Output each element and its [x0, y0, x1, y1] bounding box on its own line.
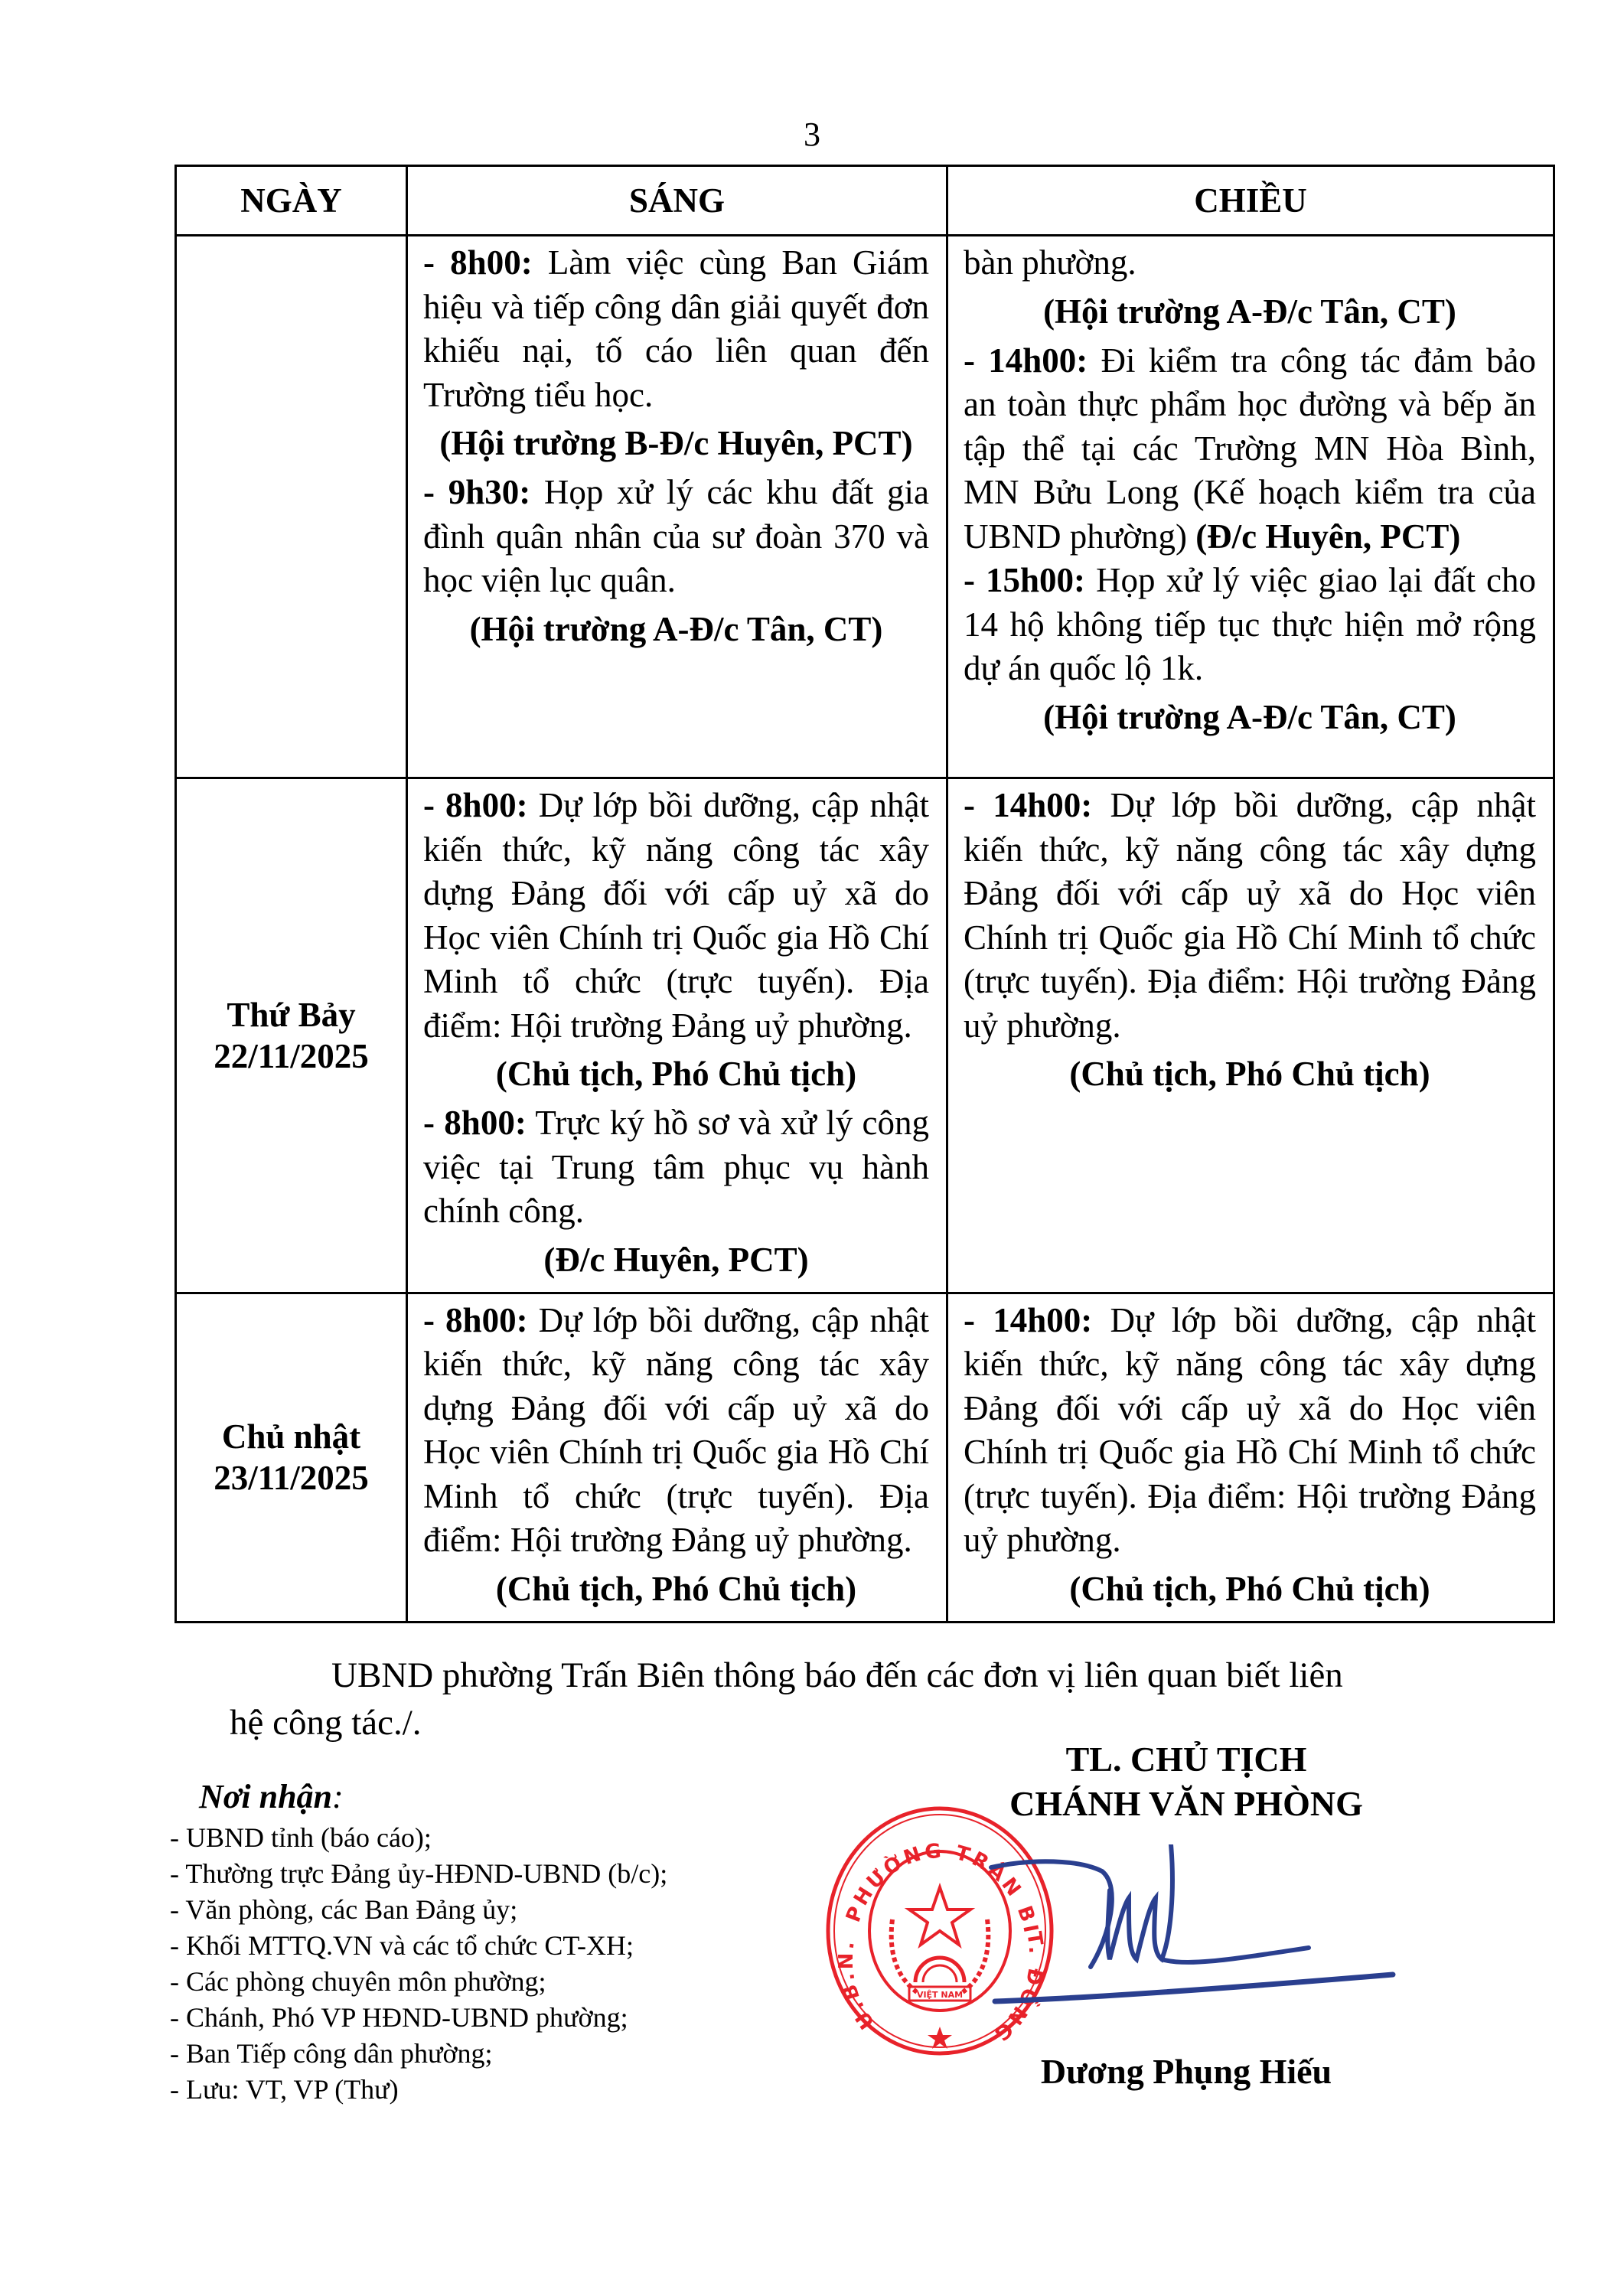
morning-content: - 8h00: Làm việc cùng Ban Giám hiệu và t… [408, 236, 946, 661]
header-morning: SÁNG [407, 166, 947, 236]
entry-assignee: (Đ/c Huyên, PCT) [1195, 517, 1460, 556]
entry-time: - 8h00: [423, 243, 533, 282]
entry-location: (Hội trường A-Đ/c Tân, CT) [423, 606, 929, 652]
entry-location: (Chủ tịch, Phó Chủ tịch) [964, 1051, 1536, 1097]
afternoon-content: - 14h00: Dự lớp bồi dưỡng, cập nhật kiến… [948, 779, 1553, 1106]
afternoon-content: - 14h00: Dự lớp bồi dưỡng, cập nhật kiến… [948, 1294, 1553, 1621]
entry-text: Dự lớp bồi dưỡng, cập nhật kiến thức, kỹ… [964, 1301, 1536, 1560]
recipient-item: - UBND tỉnh (báo cáo); [170, 1820, 667, 1856]
svg-text:VIỆT NAM: VIỆT NAM [917, 1990, 963, 2000]
signature-block: TL. CHỦ TỊCH CHÁNH VĂN PHÒNG Dương Phụng… [918, 1737, 1454, 1826]
schedule-entry: - 8h00: Làm việc cùng Ban Giám hiệu và t… [423, 241, 929, 417]
header-afternoon: CHIỀU [947, 166, 1554, 236]
day-cell: Thứ Bảy22/11/2025 [176, 778, 407, 1293]
entry-time: - 14h00: [964, 786, 1092, 824]
entry-time: - 8h00: [423, 786, 528, 824]
schedule-entry: - 8h00: Trực ký hồ sơ và xử lý công việc… [423, 1101, 929, 1234]
entry-text: Dự lớp bồi dưỡng, cập nhật kiến thức, kỹ… [964, 786, 1536, 1045]
morning-content: - 8h00: Dự lớp bồi dưỡng, cập nhật kiến … [408, 779, 946, 1292]
recipient-item: - Văn phòng, các Ban Đảng ủy; [170, 1892, 667, 1928]
entry-text: Dự lớp bồi dưỡng, cập nhật kiến thức, kỹ… [423, 1301, 929, 1560]
schedule-entry: - 9h30: Họp xử lý các khu đất gia đình q… [423, 471, 929, 603]
recipient-item: - Thường trực Đảng ủy-HĐND-UBND (b/c); [170, 1856, 667, 1892]
schedule-entry: - 8h00: Dự lớp bồi dưỡng, cập nhật kiến … [423, 784, 929, 1048]
entry-text: Dự lớp bồi dưỡng, cập nhật kiến thức, kỹ… [423, 786, 929, 1045]
entry-time: - 14h00: [964, 1301, 1092, 1339]
recipient-item: - Khối MTTQ.VN và các tổ chức CT-XH; [170, 1928, 667, 1964]
table-row: Thứ Bảy22/11/2025- 8h00: Dự lớp bồi dưỡn… [176, 778, 1554, 1293]
handwritten-signature-icon [987, 1844, 1416, 2020]
signature-title-2: CHÁNH VĂN PHÒNG [918, 1782, 1454, 1826]
schedule-entry: bàn phường. [964, 241, 1536, 285]
morning-cell: - 8h00: Dự lớp bồi dưỡng, cập nhật kiến … [407, 1293, 947, 1622]
table-row: Chủ nhật23/11/2025- 8h00: Dự lớp bồi dưỡ… [176, 1293, 1554, 1622]
recipient-item: - Lưu: VT, VP (Thư) [170, 2072, 667, 2108]
signer-name: Dương Phụng Hiếu [918, 2051, 1454, 2092]
table-header-row: NGÀY SÁNG CHIỀU [176, 166, 1554, 236]
table-row: - 8h00: Làm việc cùng Ban Giám hiệu và t… [176, 236, 1554, 778]
entry-time: - 8h00: [423, 1301, 528, 1339]
entry-location: (Chủ tịch, Phó Chủ tịch) [423, 1566, 929, 1612]
schedule-entry: - 14h00: Dự lớp bồi dưỡng, cập nhật kiến… [964, 1299, 1536, 1563]
recipients-title: Nơi nhận: [199, 1776, 667, 1818]
entry-location: (Chủ tịch, Phó Chủ tịch) [423, 1051, 929, 1097]
day-weekday: Chủ nhật [177, 1416, 406, 1457]
recipient-item: - Các phòng chuyên môn phường; [170, 1964, 667, 2000]
day-weekday: Thứ Bảy [177, 994, 406, 1035]
recipients-title-text: Nơi nhận [199, 1778, 332, 1815]
day-cell [176, 236, 407, 778]
afternoon-cell: - 14h00: Dự lớp bồi dưỡng, cập nhật kiến… [947, 1293, 1554, 1622]
recipients-title-colon: : [332, 1778, 344, 1815]
entry-location: (Đ/c Huyên, PCT) [423, 1237, 929, 1283]
schedule-entry: - 14h00: Đi kiểm tra công tác đảm bảo an… [964, 339, 1536, 559]
afternoon-content: bàn phường.(Hội trường A-Đ/c Tân, CT)- 1… [948, 236, 1553, 749]
day-cell: Chủ nhật23/11/2025 [176, 1293, 407, 1622]
page-number: 3 [0, 113, 1624, 156]
entry-location: (Hội trường B-Đ/c Huyên, PCT) [423, 420, 929, 466]
entry-location: (Chủ tịch, Phó Chủ tịch) [964, 1566, 1536, 1612]
entry-time: - 9h30: [423, 473, 530, 511]
morning-cell: - 8h00: Dự lớp bồi dưỡng, cập nhật kiến … [407, 778, 947, 1293]
recipients-block: Nơi nhận: - UBND tỉnh (báo cáo);- Thường… [170, 1776, 667, 2108]
entry-text: bàn phường. [964, 243, 1136, 282]
closing-line-1: UBND phường Trấn Biên thông báo đến các … [331, 1652, 1343, 1699]
entry-time: - 15h00: [964, 561, 1085, 599]
recipient-item: - Ban Tiếp công dân phường; [170, 2036, 667, 2072]
day-date: 23/11/2025 [177, 1457, 406, 1499]
morning-content: - 8h00: Dự lớp bồi dưỡng, cập nhật kiến … [408, 1294, 946, 1621]
entry-time: - 14h00: [964, 341, 1088, 380]
schedule-entry: - 15h00: Họp xử lý việc giao lại đất cho… [964, 559, 1536, 691]
entry-location: (Hội trường A-Đ/c Tân, CT) [964, 694, 1536, 740]
recipients-list: - UBND tỉnh (báo cáo);- Thường trực Đảng… [170, 1820, 667, 2108]
signature-title-1: TL. CHỦ TỊCH [918, 1737, 1454, 1782]
entry-location: (Hội trường A-Đ/c Tân, CT) [964, 289, 1536, 334]
afternoon-cell: - 14h00: Dự lớp bồi dưỡng, cập nhật kiến… [947, 778, 1554, 1293]
afternoon-cell: bàn phường.(Hội trường A-Đ/c Tân, CT)- 1… [947, 236, 1554, 778]
day-date: 22/11/2025 [177, 1035, 406, 1077]
entry-time: - 8h00: [423, 1104, 527, 1142]
header-day: NGÀY [176, 166, 407, 236]
morning-cell: - 8h00: Làm việc cùng Ban Giám hiệu và t… [407, 236, 947, 778]
schedule-entry: - 14h00: Dự lớp bồi dưỡng, cập nhật kiến… [964, 784, 1536, 1048]
schedule-entry: - 8h00: Dự lớp bồi dưỡng, cập nhật kiến … [423, 1299, 929, 1563]
recipient-item: - Chánh, Phó VP HĐND-UBND phường; [170, 2000, 667, 2036]
schedule-table: NGÀY SÁNG CHIỀU - 8h00: Làm việc cùng Ba… [174, 165, 1555, 1623]
closing-line-2: hệ công tác./. [230, 1699, 422, 1746]
